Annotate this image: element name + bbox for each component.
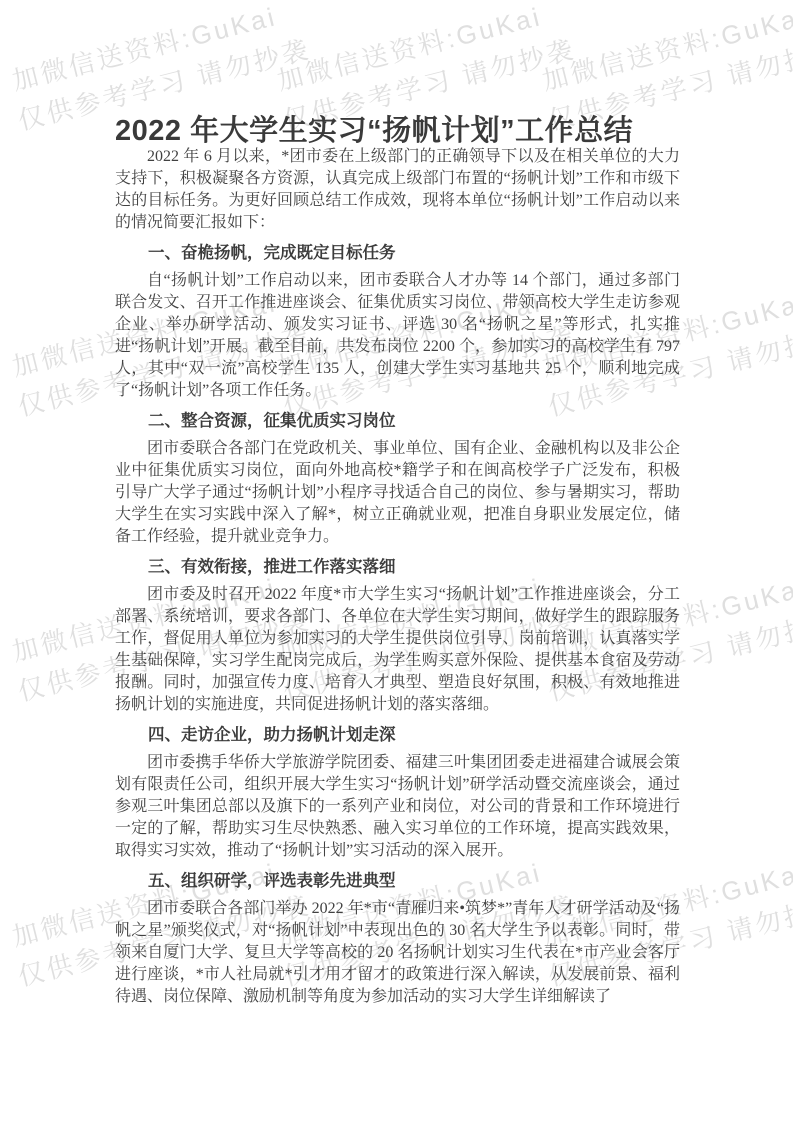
section-5: 五、组织研学，评选表彰先进典型 团市委联合各部门举办 2022 年*市“青雁归来…	[115, 870, 680, 1008]
section-3: 三、有效衔接，推进工作落实落细 团市委及时召开 2022 年度*市大学生实习“扬…	[115, 556, 680, 716]
section-5-heading: 五、组织研学，评选表彰先进典型	[115, 870, 680, 892]
section-1-paragraph: 自“扬帆计划”工作启动以来，团市委联合人才办等 14 个部门，通过多部门联合发文…	[115, 270, 680, 402]
document-content: 2022 年大学生实习“扬帆计划”工作总结 2022 年 6 月以来，*团市委在…	[0, 0, 793, 1008]
section-1-heading: 一、奋桅扬帆，完成既定目标任务	[115, 242, 680, 264]
section-4: 四、走访企业，助力扬帆计划走深 团市委携手华侨大学旅游学院团委、福建三叶集团团委…	[115, 724, 680, 862]
section-2: 二、整合资源，征集优质实习岗位 团市委联合各部门在党政机关、事业单位、国有企业、…	[115, 410, 680, 548]
section-2-paragraph: 团市委联合各部门在党政机关、事业单位、国有企业、金融机构以及非公企业中征集优质实…	[115, 438, 680, 548]
document-title: 2022 年大学生实习“扬帆计划”工作总结	[115, 116, 680, 146]
section-4-heading: 四、走访企业，助力扬帆计划走深	[115, 724, 680, 746]
section-4-paragraph: 团市委携手华侨大学旅游学院团委、福建三叶集团团委走进福建合诚展会策划有限责任公司…	[115, 752, 680, 862]
section-3-heading: 三、有效衔接，推进工作落实落细	[115, 556, 680, 578]
section-3-paragraph: 团市委及时召开 2022 年度*市大学生实习“扬帆计划”工作推进座谈会，分工部署…	[115, 584, 680, 716]
section-5-paragraph: 团市委联合各部门举办 2022 年*市“青雁归来•筑梦*”青年人才研学活动及“扬…	[115, 898, 680, 1008]
section-1: 一、奋桅扬帆，完成既定目标任务 自“扬帆计划”工作启动以来，团市委联合人才办等 …	[115, 242, 680, 402]
document-page: 加微信送资料:GuKai仅供参考学习 请勿抄袭 加微信送资料:GuKai仅供参考…	[0, 0, 793, 1122]
intro-paragraph: 2022 年 6 月以来，*团市委在上级部门的正确领导下以及在相关单位的大力支持…	[115, 146, 680, 234]
section-2-heading: 二、整合资源，征集优质实习岗位	[115, 410, 680, 432]
